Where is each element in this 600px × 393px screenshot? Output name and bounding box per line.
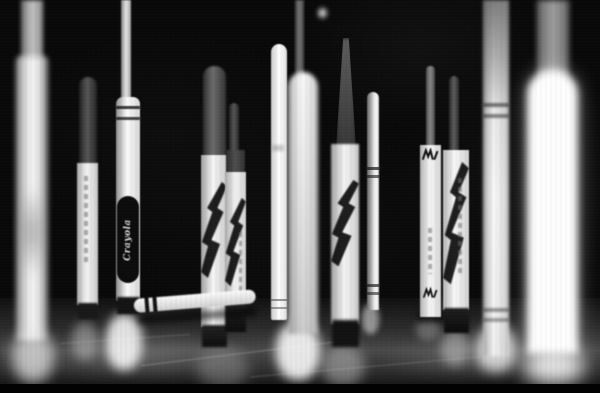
crayola-marker-stem (121, 0, 131, 102)
crayola-marker-groove (116, 106, 140, 109)
dark-capped-marker-label-marks (84, 176, 88, 262)
left-foreground-marker-glow (14, 330, 52, 380)
photo-bottom-edge (0, 384, 600, 393)
zigzag-marker-right-tip (229, 103, 239, 155)
m-glyph-mark (423, 287, 438, 300)
round-top-marker-stem (295, 0, 304, 76)
thin-ringed-marker-ring (367, 167, 379, 170)
m-glyph-mark (422, 148, 439, 162)
photo-markers-still-life: Crayola (0, 0, 600, 393)
zigzag-marker-single-base (332, 320, 359, 347)
crayola-oval-logo: Crayola (117, 196, 139, 283)
crayola-logo-text: Crayola (123, 219, 133, 261)
dark-capped-marker-cap (79, 77, 97, 167)
reflection (441, 330, 469, 366)
fallen-marker-ring (152, 297, 157, 311)
left-foreground-marker-smudge (19, 186, 45, 278)
brush-logo-marker-tip (449, 76, 459, 154)
highlight-dot (317, 5, 328, 21)
grooved-pole-body (483, 0, 509, 356)
m-glyph-marker-label-marks (428, 228, 432, 274)
reflection (322, 346, 364, 386)
tall-thin-marker-body (271, 44, 287, 320)
thin-ringed-marker-ring (367, 292, 379, 295)
round-top-marker-body (288, 72, 318, 334)
dark-capped-marker-base (78, 303, 98, 319)
zigzag-marker-left-base (202, 325, 227, 347)
grooved-pole-groove (483, 308, 509, 312)
brush-logo-marker-label-marks (458, 178, 462, 276)
thin-ringed-marker-ring (367, 175, 379, 178)
grooved-pole-groove (483, 114, 509, 118)
reflection (72, 322, 98, 360)
right-foreground-marker-tip (537, 0, 569, 78)
brush-logo-marker-base (444, 308, 469, 333)
brush-stroke-logo (443, 162, 469, 288)
zigzag-marker-right-label-marks (239, 232, 242, 296)
reflection (106, 314, 142, 370)
grooved-pole-groove (483, 103, 509, 107)
tall-thin-marker-ring (271, 299, 287, 301)
m-glyph-marker-tip (426, 66, 435, 148)
grooved-pole-groove (483, 318, 509, 322)
fallen-marker-ring (144, 298, 149, 312)
zigzag-logo (201, 182, 227, 282)
thin-ringed-marker-ring (367, 284, 379, 287)
zigzag-logo (331, 180, 359, 270)
tall-thin-marker-mark (272, 145, 284, 151)
zigzag-marker-left-cap (203, 66, 226, 158)
left-foreground-marker-tip (21, 0, 43, 60)
crayola-marker-groove (116, 117, 140, 120)
tall-thin-marker-ring (271, 307, 287, 309)
right-foreground-marker-body (527, 70, 578, 354)
thin-ringed-marker-body (367, 92, 379, 310)
reflection (198, 348, 248, 388)
zigzag-logo (225, 198, 246, 290)
